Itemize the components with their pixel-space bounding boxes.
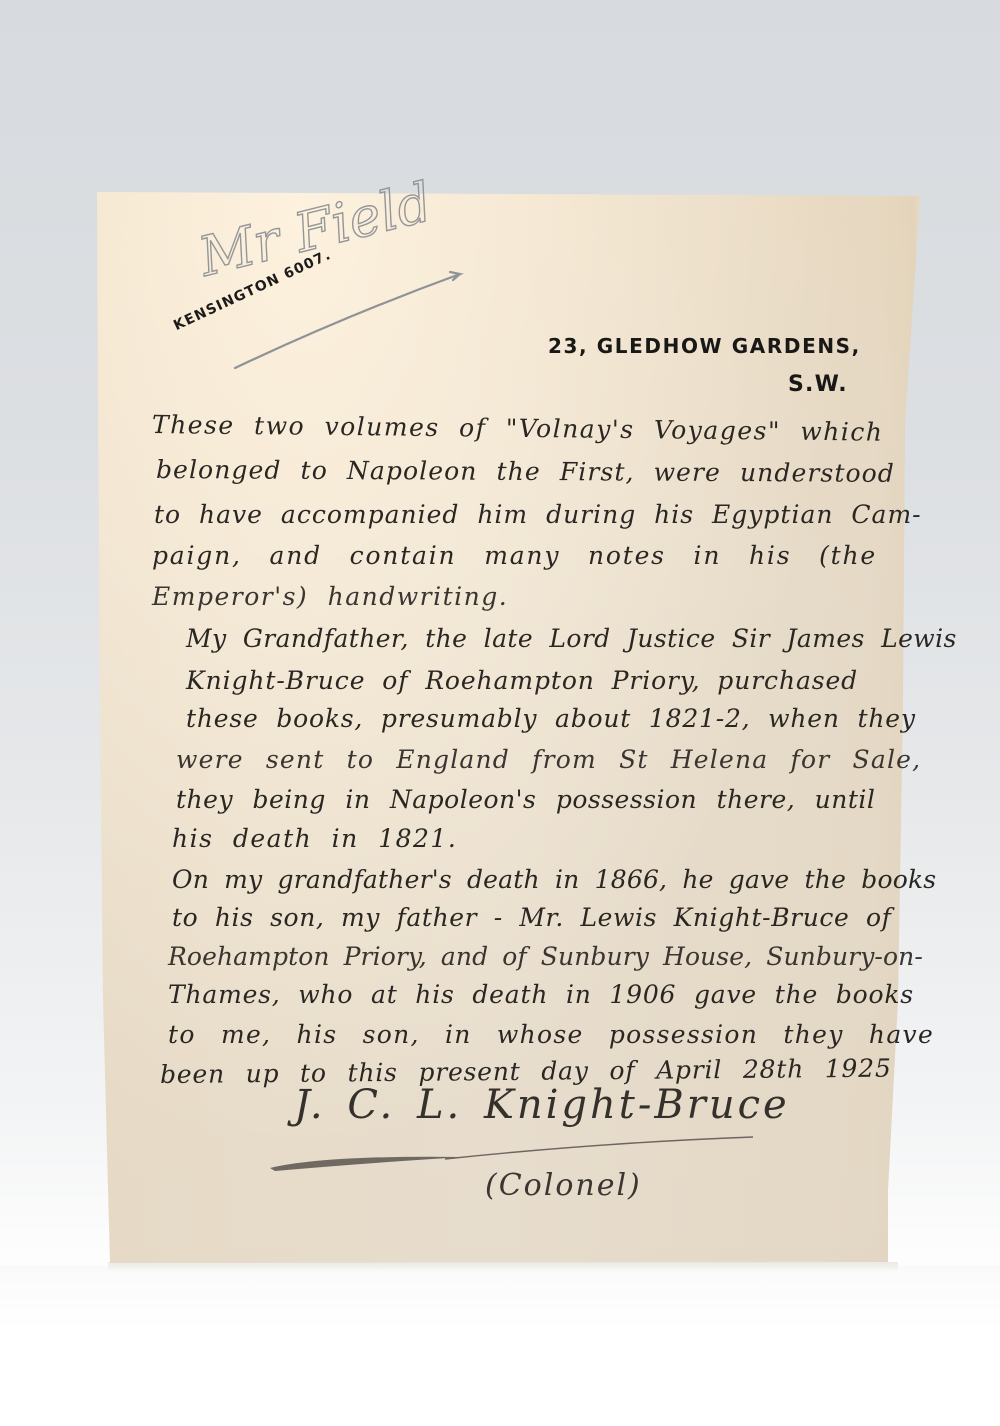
signature-flourish-icon — [265, 1133, 755, 1173]
letter-line: Thames, who at his death in 1906 gave th… — [168, 980, 914, 1009]
letter-line: these books, presumably about 1821-2, wh… — [186, 704, 916, 733]
letter-line: to have accompanied him during his Egypt… — [154, 500, 922, 529]
pencil-annotation-text: Mr Field — [192, 170, 438, 289]
paper-shadow — [108, 1262, 898, 1272]
display-surface — [0, 1265, 1000, 1426]
letter-line: were sent to England from St Helena for … — [176, 745, 921, 774]
letter-line: Knight-Bruce of Roehampton Priory, purch… — [186, 666, 858, 695]
letter-line: belonged to Napoleon the First, were und… — [156, 455, 895, 488]
letter-line: to me, his son, in whose possession they… — [168, 1020, 934, 1049]
letterhead-address-line-1: 23, Gledhow Gardens, — [548, 334, 861, 358]
letter-line: to his son, my father - Mr. Lewis Knight… — [172, 903, 891, 932]
letter-line: paign, and contain many notes in his (th… — [152, 541, 877, 570]
letterhead-address-line-2: S.W. — [788, 372, 848, 397]
letter-line: My Grandfather, the late Lord Justice Si… — [186, 624, 957, 653]
letter-line: Roehampton Priory, and of Sunbury House,… — [168, 942, 923, 971]
signature: J. C. L. Knight-Bruce — [294, 1082, 790, 1128]
signatory-rank: (Colonel) — [485, 1168, 642, 1203]
letter-line: they being in Napoleon's possession ther… — [176, 785, 875, 814]
letter-line: On my grandfather's death in 1866, he ga… — [172, 865, 936, 894]
letter-line: Emperor's) handwriting. — [152, 582, 508, 611]
letter-line: his death in 1821. — [172, 824, 457, 853]
